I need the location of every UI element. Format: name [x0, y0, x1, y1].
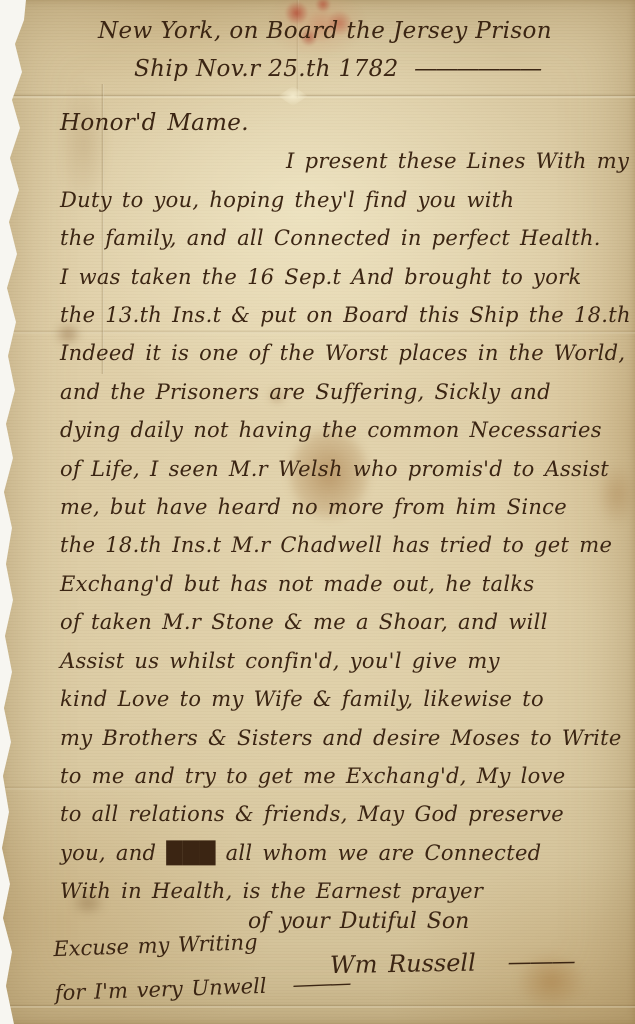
letter-line: me, but have heard no more from him Sinc…	[60, 488, 628, 526]
letter-line: Indeed it is one of the Worst places in …	[60, 334, 628, 372]
letter-body: Honor'd Mame. I present these Lines With…	[60, 104, 628, 911]
letter-line: Exchang'd but has not made out, he talks	[60, 565, 628, 603]
letter-paper: New York, on Board the Jersey Prison Shi…	[0, 0, 635, 1024]
letter-line: to me and try to get me Exchang'd, My lo…	[60, 757, 628, 795]
letter-line: the family, and all Connected in perfect…	[60, 219, 628, 257]
letter-line: kind Love to my Wife & family, likewise …	[60, 680, 628, 718]
salutation: Honor'd Mame.	[60, 104, 628, 142]
fold-intersection-mark	[278, 86, 308, 106]
letter-line: to all relations & friends, May God pres…	[60, 795, 628, 833]
letter-line: of taken M.r Stone & me a Shoar, and wil…	[60, 603, 628, 641]
letter-line: and the Prisoners are Suffering, Sickly …	[60, 373, 628, 411]
letter-line: you, and ███ all whom we are Connected	[60, 834, 628, 872]
letter-line: my Brothers & Sisters and desire Moses t…	[60, 719, 628, 757]
signature: Wm Russell ———	[330, 940, 574, 986]
letter-line: the 13.th Ins.t & put on Board this Ship…	[60, 296, 628, 334]
dateline-date: Ship Nov.r 25.th 1782 ——————	[134, 50, 635, 88]
letter-line: the 18.th Ins.t M.r Chadwell has tried t…	[60, 526, 628, 564]
pen-flourish: ———	[292, 971, 350, 997]
letter-line: I was taken the 16 Sep.t And brought to …	[60, 258, 628, 296]
dateline-place: New York, on Board the Jersey Prison	[98, 12, 635, 50]
pen-flourish: ———	[507, 947, 573, 976]
letter-line: Assist us whilst confin'd, you'l give my	[60, 642, 628, 680]
scanned-letter: New York, on Board the Jersey Prison Shi…	[0, 0, 635, 1024]
pen-flourish: ——————	[414, 56, 540, 82]
letter-line: dying daily not having the common Necess…	[60, 411, 628, 449]
dateline: New York, on Board the Jersey Prison Shi…	[0, 12, 635, 88]
letter-line: Duty to you, hoping they'l find you with	[60, 181, 628, 219]
letter-line: of Life, I seen M.r Welsh who promis'd t…	[60, 450, 628, 488]
postscript: Excuse my Writing for I'm very Unwell ——…	[53, 917, 351, 1015]
letter-line: I present these Lines With my	[60, 142, 628, 180]
